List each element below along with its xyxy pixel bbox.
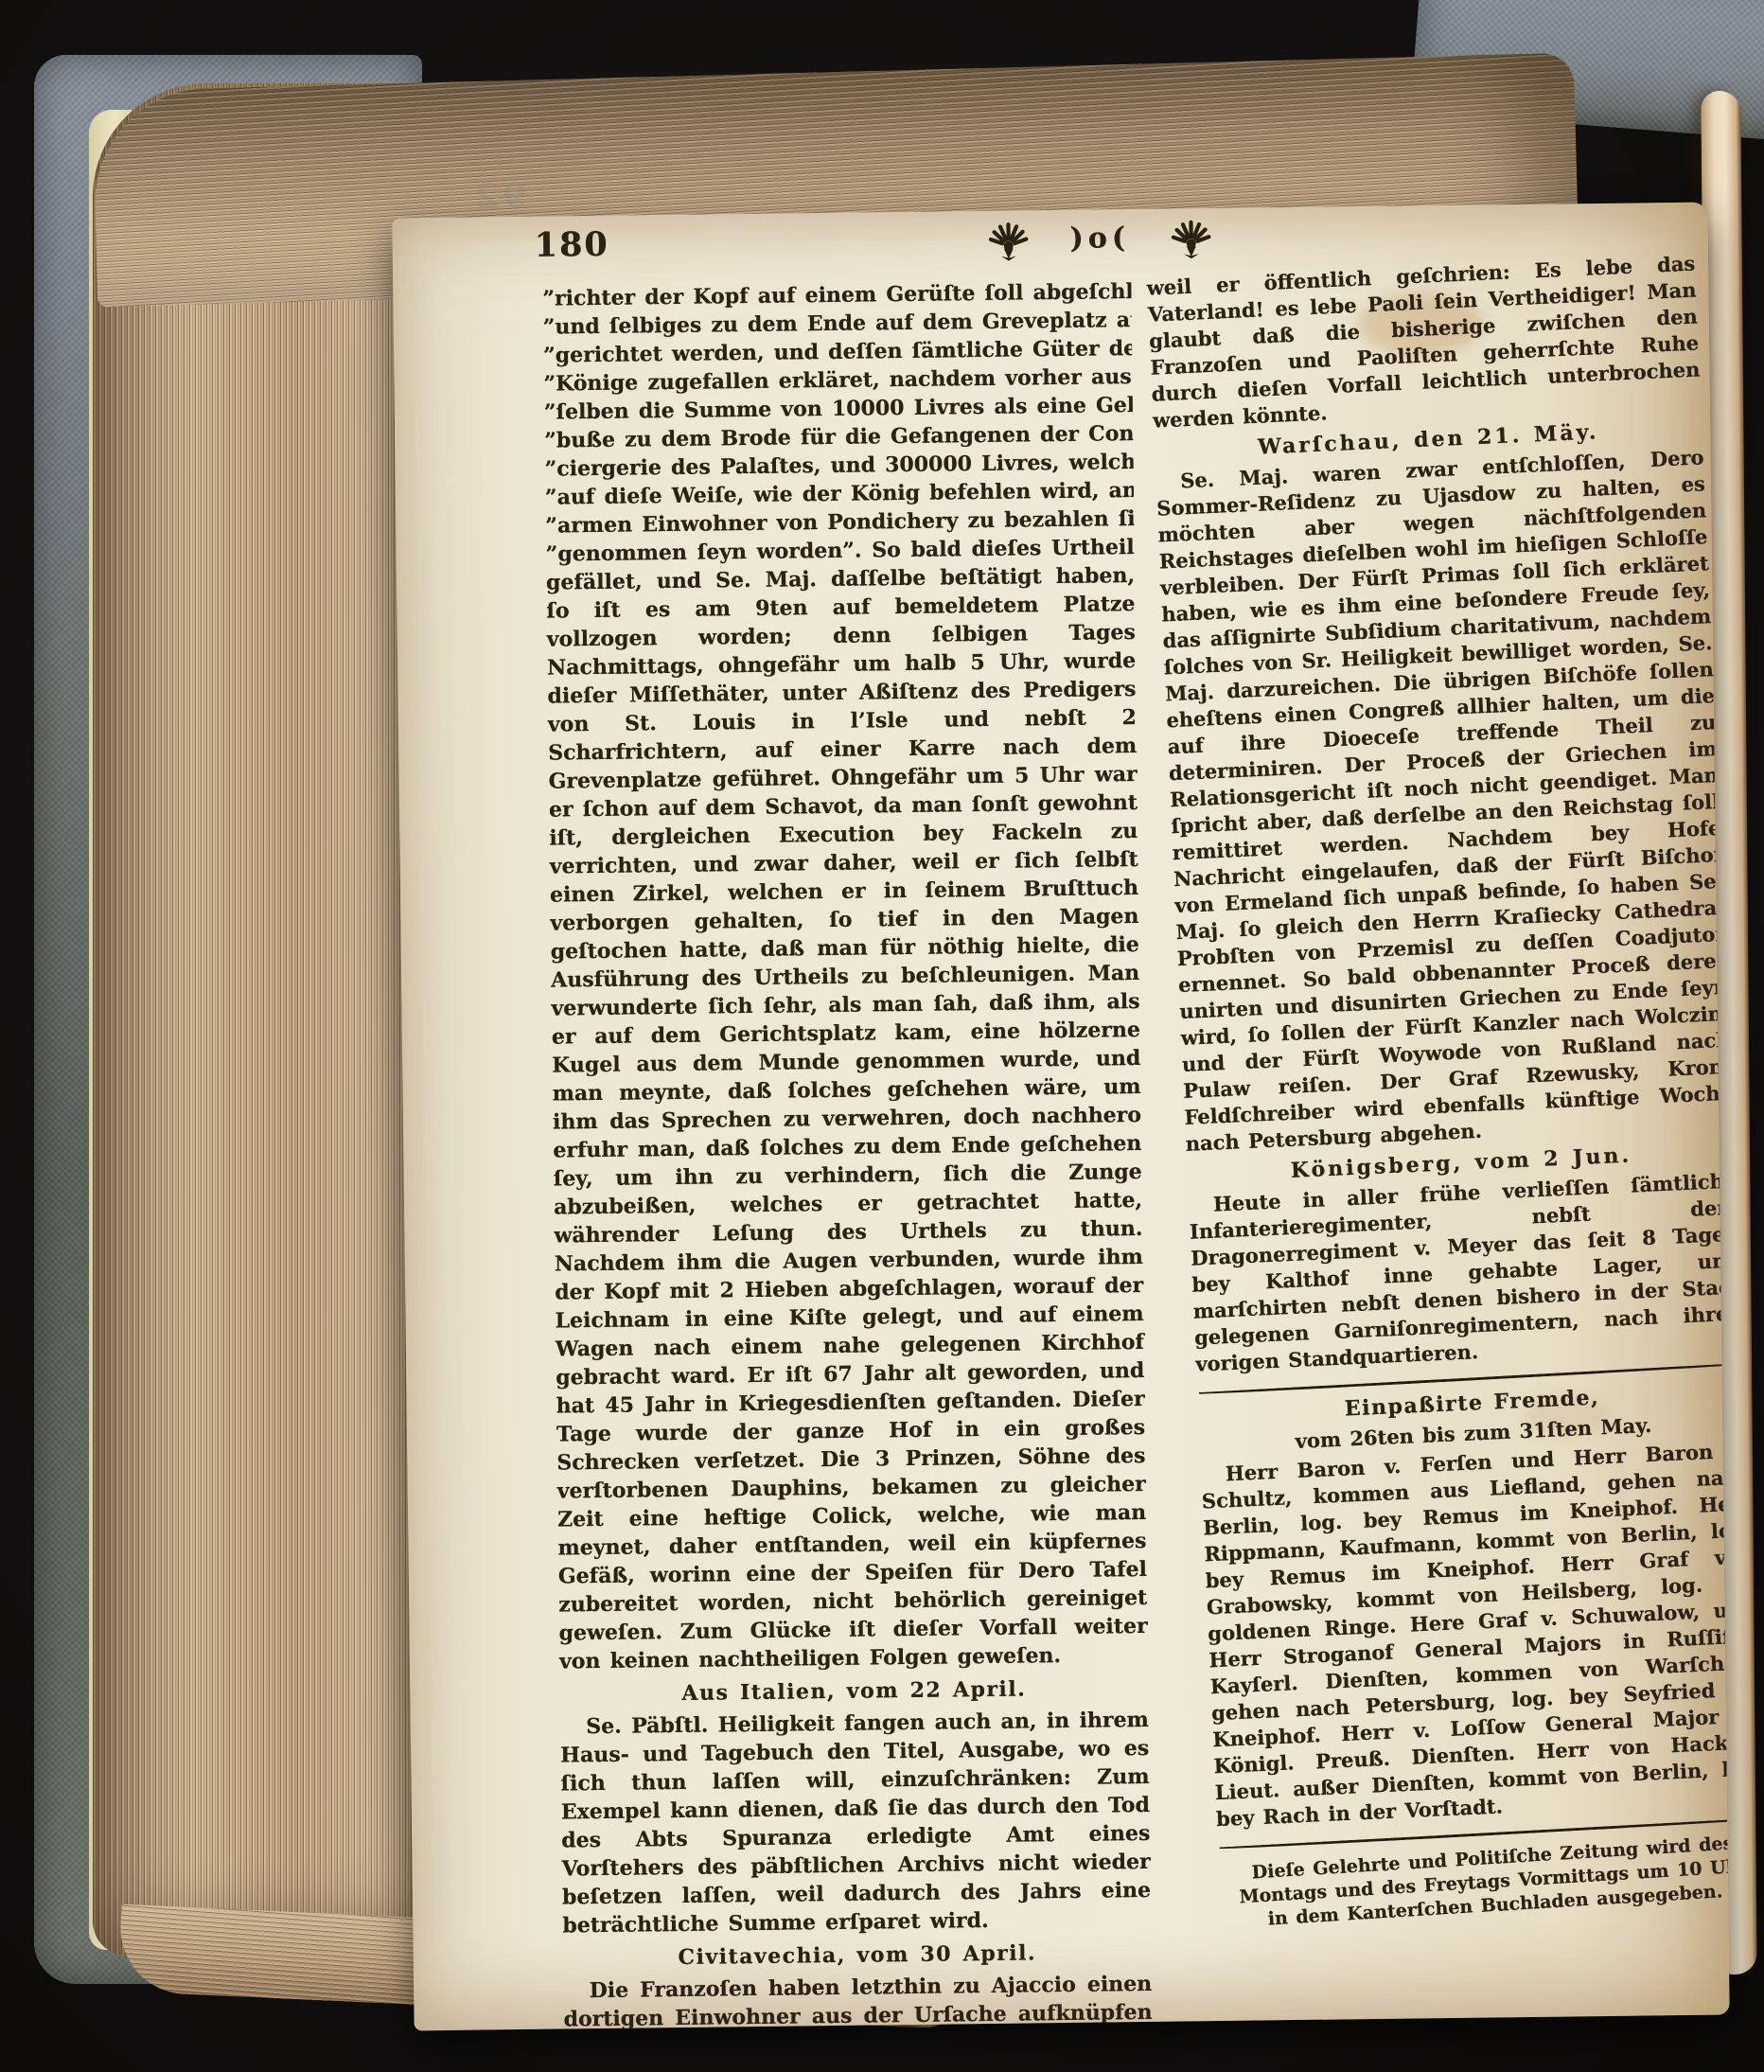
colophon-imprint: Dieſe Gelehrte und Politiſche Zeitung wi… <box>1226 1831 1730 1934</box>
book-page: 180 <box>392 203 1729 2031</box>
paragraph-civitavechia: Die Franzoſen haben letzthin zu Ajaccio … <box>563 1970 1153 2031</box>
right-text-column: weil er öffentlich geſchrien: Es lebe da… <box>1146 251 1729 1931</box>
left-text-column: ”richter der Kopf auf einem Gerüſte ſoll… <box>542 277 1153 2030</box>
quoted-judgment-block: ”richter der Kopf auf einem Gerüſte ſoll… <box>542 277 1134 540</box>
show-through-mark: 92 <box>470 175 527 217</box>
page-stack-left-fanned-edges <box>93 83 422 1956</box>
paragraph-italy: Se. Päbſtl. Heiligkeit fangen auch an, i… <box>560 1706 1152 1940</box>
scallop-ornament-left-icon <box>986 221 1031 262</box>
scallop-ornament-right-icon <box>1170 220 1214 260</box>
paragraph-koenigsberg: Heute in aller frühe verlieſſen ſämtlich… <box>1188 1168 1729 1378</box>
photograph-background: 92 180 <box>0 0 1764 2072</box>
paragraph-execution-report: ”genommen ſeyn worden”. So bald dieſes U… <box>546 533 1149 1676</box>
paragraph-warschau: Se. Maj. waren zwar entſchloſſen, Dero S… <box>1155 444 1729 1158</box>
paragraph-fremde-arrivals: Herr Baron v. Ferſen und Herr Baron v. S… <box>1200 1437 1730 1833</box>
paragraph-corsica-continuation: weil er öffentlich geſchrien: Es lebe da… <box>1146 251 1702 434</box>
header-mark: )o( <box>1069 221 1130 261</box>
heading-aus-italien: Aus Italien, vom 22 April. <box>559 1674 1148 1709</box>
heading-civitavechia: Civitavechia, vom 30 April. <box>563 1938 1152 1974</box>
page-number: 180 <box>534 225 609 265</box>
header-ornaments: )o( <box>986 220 1213 262</box>
